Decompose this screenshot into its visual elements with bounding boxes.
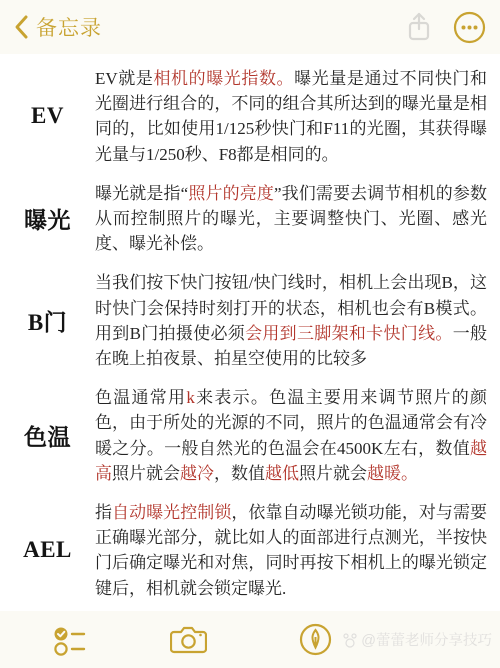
watermark-text: @蕾蕾老师分享技巧 [361,629,492,650]
back-button[interactable]: 备忘录 [14,12,102,42]
definition-segment: 曝光就是指“ [95,184,188,203]
definition-segment: ，数值 [214,464,265,483]
glossary-row: 色温 色温通常用k来表示。色温主要用来调节照片的颜色，由于所处的光源的不同，照片… [0,385,487,486]
definition-text: 当我们按下快门按钮/快门线时，相机上会出现B，这时快门会保持时刻打开的状态，相机… [95,270,487,371]
glossary-row: AEL 指自动曝光控制锁，依靠自动曝光锁功能，对与需要正确曝光部分，就比如人的面… [0,500,487,601]
definition-text: 指自动曝光控制锁，依靠自动曝光锁功能，对与需要正确曝光部分，就比如人的面部进行点… [95,500,487,601]
term-label: 色温 [0,385,95,486]
definition-segment: 照片就会 [112,464,180,483]
top-navigation-bar: 备忘录 [0,0,500,54]
glossary-row: 曝光 曝光就是指“照片的亮度”我们需要去调节相机的参数从而控制照片的曝光，主要调… [0,181,487,257]
note-content[interactable]: EV EV就是相机的曝光指数。曝光量是通过不同快门和光圈进行组合的，不同的组合其… [0,54,500,611]
definition-segment: 照片的亮度 [188,184,274,203]
paw-logo-icon [341,631,359,649]
glossary-row: EV EV就是相机的曝光指数。曝光量是通过不同快门和光圈进行组合的，不同的组合其… [0,66,487,167]
markup-button[interactable] [299,623,332,656]
checklist-button[interactable] [52,624,88,656]
definition-segment: 指 [95,503,112,522]
glossary-row: B门 当我们按下快门按钮/快门线时，相机上会出现B，这时快门会保持时刻打开的状态… [0,270,487,371]
markup-pen-icon [299,623,332,656]
notes-app-screen: 备忘录 [0,0,500,668]
term-label: B门 [0,270,95,371]
ellipsis-circle-icon [453,11,486,44]
definition-segment: 越暖。 [367,464,418,483]
topbar-actions [405,11,486,44]
checklist-icon [52,624,88,656]
definition-text: EV就是相机的曝光指数。曝光量是通过不同快门和光圈进行组合的，不同的组合其所达到… [95,66,487,167]
chevron-left-icon [14,13,29,41]
definition-text: 色温通常用k来表示。色温主要用来调节照片的颜色，由于所处的光源的不同，照片的色温… [95,385,487,486]
definition-segment: 色温通常用 [95,388,186,407]
term-label: EV [0,66,95,167]
back-button-label: 备忘录 [36,12,102,42]
definition-segment: 越低 [265,464,299,483]
share-button[interactable] [405,11,433,43]
definition-segment: 会用到三脚架和卡快门线。 [245,324,453,343]
definition-segment: 相机的曝光指数。 [153,69,294,88]
share-icon [405,11,433,43]
definition-text: 曝光就是指“照片的亮度”我们需要去调节相机的参数从而控制照片的曝光，主要调整快门… [95,181,487,257]
term-label: AEL [0,500,95,601]
camera-icon [170,625,207,655]
camera-button[interactable] [170,625,207,655]
more-button[interactable] [453,11,486,44]
definition-segment: 照片就会 [299,464,367,483]
bottom-toolbar: @蕾蕾老师分享技巧 [0,611,500,668]
definition-segment: 自动曝光控制锁 [112,503,231,522]
definition-segment: 越冷 [180,464,214,483]
watermark: @蕾蕾老师分享技巧 [341,629,492,650]
definition-segment: k [186,388,195,407]
term-label: 曝光 [0,181,95,257]
definition-segment: EV就是 [95,69,153,88]
glossary: EV EV就是相机的曝光指数。曝光量是通过不同快门和光圈进行组合的，不同的组合其… [0,66,487,601]
